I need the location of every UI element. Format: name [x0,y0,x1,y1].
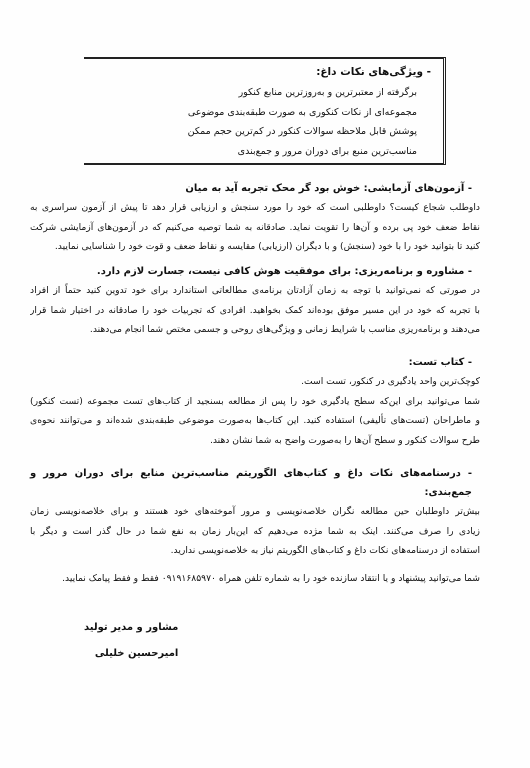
feature-item: برگرفته از معتبرترین و به‌روزترین منابع … [94,83,431,103]
feature-item: پوشش قابل ملاحظه سوالات کنکور در کم‌ترین… [94,122,431,142]
section-heading: - کتاب تست: [30,353,480,372]
features-box: - ویژگی‌های نکات داغ: برگرفته از معتبرتر… [84,57,446,165]
paragraph-line: با تجربه که خود در این مسیر موفق بوده‌ان… [30,301,480,321]
paragraph-line: استفاده از درسنامه‌های نکات داغ و کتاب‌ه… [30,541,480,561]
section-paragraph: داوطلب شجاع کیست؟ داوطلبی است که خود را … [30,198,480,257]
contact-paragraph: شما می‌توانید پیشنهاد و یا انتقاد سازنده… [30,569,480,589]
section-summary-books: - درسنامه‌های نکات داغ و کتاب‌های الگوری… [30,464,480,561]
paragraph-line: در صورتی که نمی‌توانید با توجه به زمان آ… [30,281,480,301]
feature-item: مناسب‌ترین منبع برای دوران مرور و جمع‌بن… [94,142,431,162]
section-heading: - مشاوره و برنامه‌ریزی: برای موفقیت هوش … [30,262,480,281]
paragraph-line: کنید تا بتوانید خود را با خود (سنجش) و ب… [30,237,480,257]
signature-name: امیرحسین خلیلی [84,641,178,667]
contact-section: شما می‌توانید پیشنهاد و یا انتقاد سازنده… [30,569,480,589]
section-counseling: - مشاوره و برنامه‌ریزی: برای موفقیت هوش … [30,262,480,340]
paragraph-line: بیش‌تر داوطلبان حین مطالعه نگران خلاصه‌ن… [30,502,480,522]
paragraph-line: نقاط ضعف خود پی برده و آن‌ها را تقویت نم… [30,218,480,238]
features-title: - ویژگی‌های نکات داغ: [94,65,431,80]
paragraph-line: می‌دهند و برنامه‌ریزی مناسب با شرایط زما… [30,320,480,340]
section-test-book: - کتاب تست: کوچک‌ترین واحد یادگیری در کن… [30,353,480,450]
paragraph-line: زیادی را صرف می‌کنند. اینک به شما مژده م… [30,522,480,542]
section-heading: - درسنامه‌های نکات داغ و کتاب‌های الگوری… [30,464,480,502]
signature-role: مشاور و مدیر تولید [84,615,178,641]
section-paragraph: بیش‌تر داوطلبان حین مطالعه نگران خلاصه‌ن… [30,502,480,561]
scanned-page: - ویژگی‌های نکات داغ: برگرفته از معتبرتر… [0,0,530,768]
section-mock-exams: - آزمون‌های آزمایشی: خوش بود گر محک تجرب… [30,179,480,257]
section-paragraph: در صورتی که نمی‌توانید با توجه به زمان آ… [30,281,480,340]
paragraph-line: و ماطراحان (تست‌های تألیفی) استفاده کنید… [30,411,480,431]
signature-block: مشاور و مدیر تولید امیرحسین خلیلی [84,615,178,667]
feature-item: مجموعه‌ای از نکات کنکوری به صورت طبقه‌بن… [94,103,431,123]
section-paragraph: کوچک‌ترین واحد یادگیری در کنکور، تست است… [30,372,480,450]
paragraph-line: داوطلب شجاع کیست؟ داوطلبی است که خود را … [30,198,480,218]
paragraph-line: کوچک‌ترین واحد یادگیری در کنکور، تست است… [30,372,480,392]
section-heading: - آزمون‌های آزمایشی: خوش بود گر محک تجرب… [30,179,480,198]
contact-line: شما می‌توانید پیشنهاد و یا انتقاد سازنده… [30,569,480,589]
paragraph-line: شما می‌توانید برای این‌که سطح یادگیری خو… [30,392,480,412]
paragraph-line: طرح سوالات کنکور و سطح آن‌ها را به‌صورت … [30,431,480,451]
